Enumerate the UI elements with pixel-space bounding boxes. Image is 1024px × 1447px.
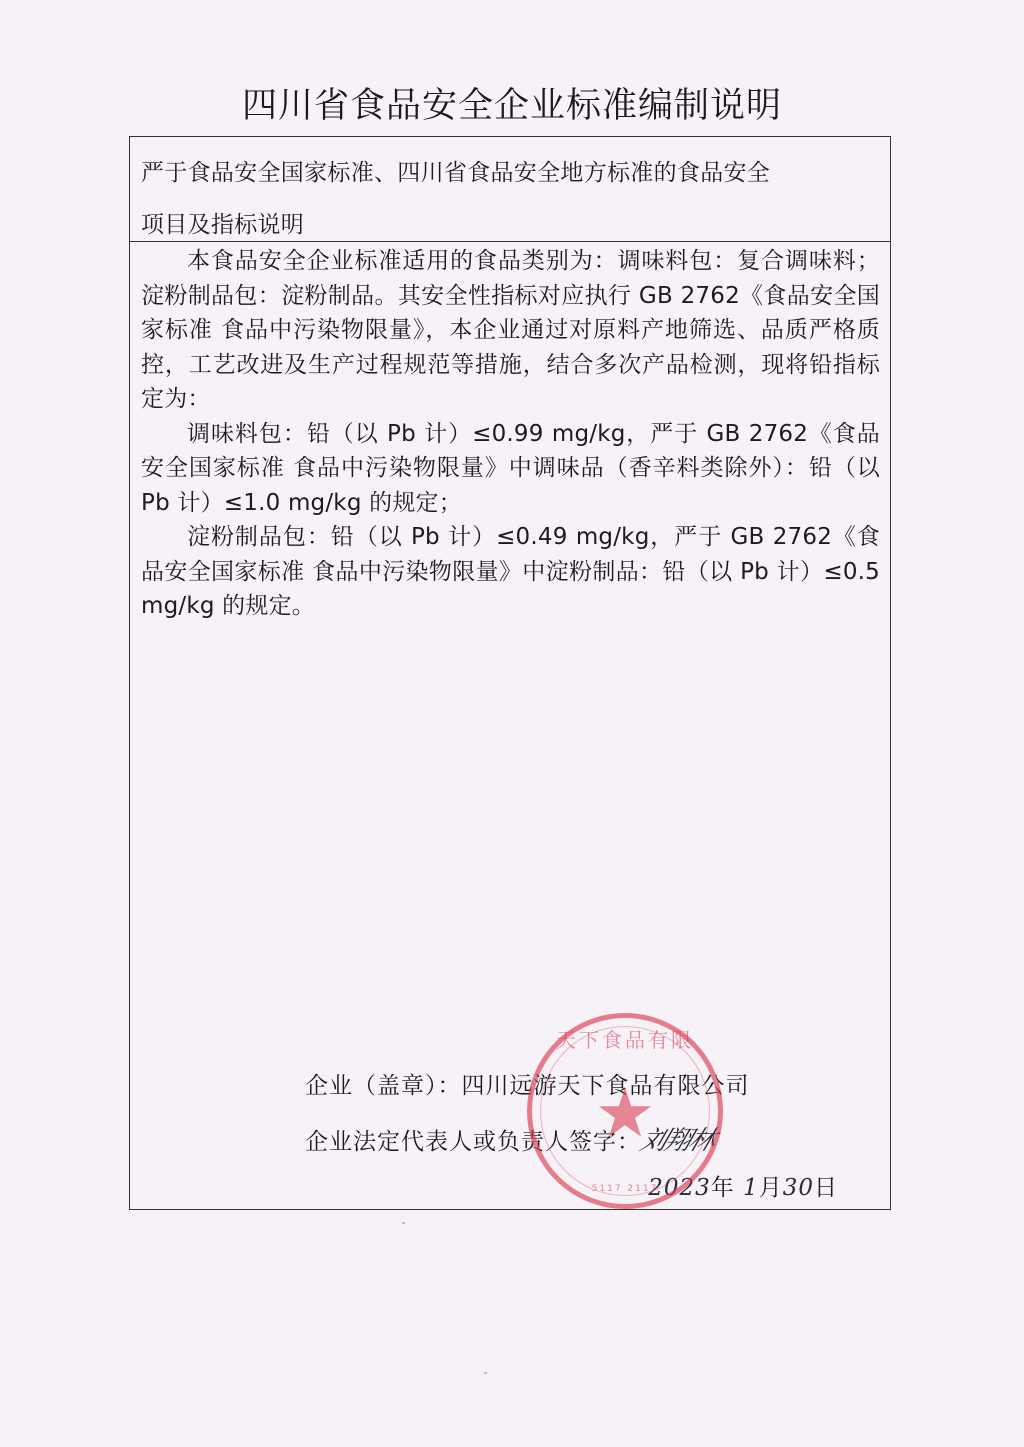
document-title: 四川省食品安全企业标准编制说明 <box>0 78 1024 128</box>
table-header-cell: 严于食品安全国家标准、四川省食品安全地方标准的食品安全 项目及指标说明 <box>130 137 890 242</box>
company-name: 四川远游天下食品有限公司 <box>462 1073 750 1099</box>
header-line-1: 严于食品安全国家标准、四川省食品安全地方标准的食品安全 <box>141 147 880 199</box>
signer-label: 企业法定代表人或负责人签字： <box>305 1129 641 1155</box>
scan-speck <box>402 1222 405 1224</box>
date-month: 1 <box>743 1175 759 1201</box>
date-line: 2023年 1月30日 <box>648 1169 838 1202</box>
signer-line: 企业法定代表人或负责人签字：刘翔林 <box>305 1114 750 1170</box>
intro-paragraph: 本食品安全企业标准适用的食品类别为：调味料包：复合调味料；淀粉制品包：淀粉制品。… <box>141 244 880 417</box>
seasoning-limit-paragraph: 调味料包：铅（以 Pb 计）≤0.99 mg/kg，严于 GB 2762《食品安… <box>141 417 880 521</box>
signature-block: 企业（盖章）：四川远游天下食品有限公司 企业法定代表人或负责人签字：刘翔林 <box>305 1059 750 1170</box>
date-year: 2023 <box>648 1175 711 1201</box>
handwritten-signature: 刘翔林 <box>632 1114 722 1169</box>
date-month-suffix: 月 <box>759 1175 783 1201</box>
date-year-suffix: 年 <box>711 1175 735 1201</box>
explanation-table: 严于食品安全国家标准、四川省食品安全地方标准的食品安全 项目及指标说明 本食品安… <box>129 136 891 1210</box>
date-day-suffix: 日 <box>814 1175 838 1201</box>
company-label: 企业（盖章）： <box>305 1073 462 1099</box>
date-day: 30 <box>783 1175 814 1201</box>
starch-limit-paragraph: 淀粉制品包：铅（以 Pb 计）≤0.49 mg/kg，严于 GB 2762《食品… <box>141 520 880 624</box>
scan-speck <box>484 1372 487 1374</box>
company-line: 企业（盖章）：四川远游天下食品有限公司 <box>305 1059 750 1114</box>
